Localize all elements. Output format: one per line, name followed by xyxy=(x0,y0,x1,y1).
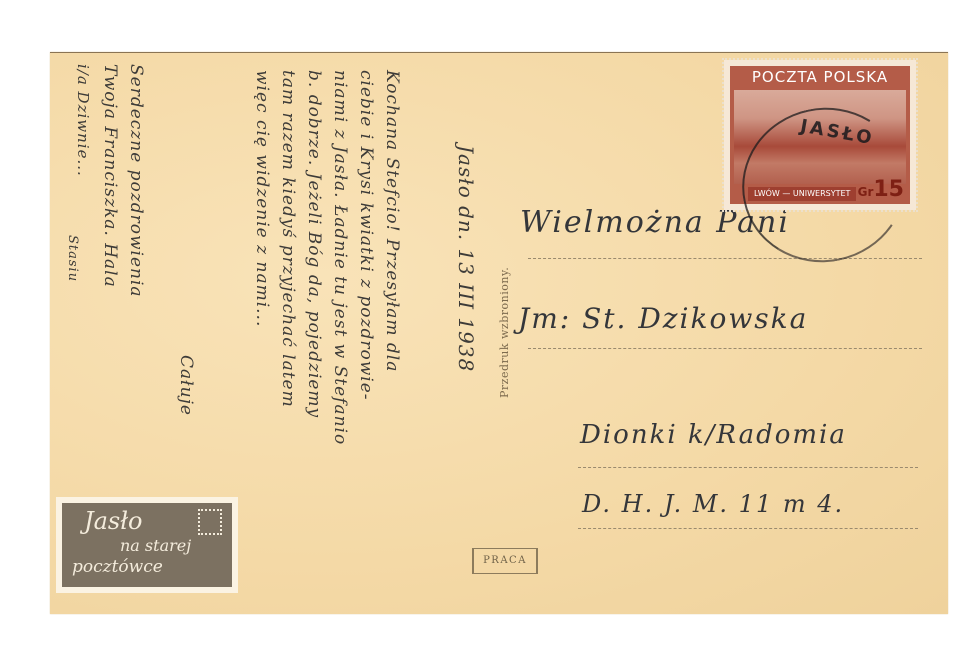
address-rule-4 xyxy=(578,528,918,529)
address-rule-1 xyxy=(528,258,922,259)
letter-line-2: ciebie i Krysi kwiatki z pozdrowie- xyxy=(356,70,376,401)
letter-line-9: i/a Dziwnie... xyxy=(74,64,92,177)
letter-line-4: b. dobrze. Jeżeli Bóg da, pojedziemy xyxy=(304,70,324,418)
stamp-country: POCZTA POLSKA xyxy=(730,66,910,88)
printed-box: PRACA xyxy=(472,548,538,574)
letter-line-8: Twoja Franciszka. Hala xyxy=(100,64,120,288)
address-line-2: Jm: St. Dzikowska xyxy=(518,302,808,335)
address-line-4: D. H. J. M. 11 m 4. xyxy=(582,490,844,518)
letter-line-6: więc cię widzenie z nami... xyxy=(252,70,272,327)
letter-line-7: Serdeczne pozdrowienia xyxy=(126,64,146,298)
letter-line-3: niami z Jasła. Ładnie tu jest w Stefanio xyxy=(330,70,350,445)
letter-signature-note: Stasiu xyxy=(65,235,80,282)
address-rule-3 xyxy=(578,467,918,468)
letter-line-1: Kochana Stefcio! Przesyłam dla xyxy=(382,70,402,372)
printed-note: Przedruk wzbroniony. xyxy=(498,267,511,398)
stamp-outline-icon xyxy=(198,509,222,535)
badge-subtitle-2: pocztówce xyxy=(72,557,163,577)
address-line-3: Dionki k/Radomia xyxy=(580,420,847,450)
badge-title: Jasło xyxy=(84,507,142,535)
date-line: Jasło dn. 13 III 1938 xyxy=(454,145,478,372)
watermark-badge: Jasło na starej pocztówce xyxy=(56,497,238,593)
letter-closing: Całuje xyxy=(176,355,196,416)
letter-line-5: tam razem kiedyś przyjechać latem xyxy=(278,70,298,408)
badge-subtitle-1: na starej xyxy=(120,536,191,555)
address-rule-2 xyxy=(528,348,922,349)
